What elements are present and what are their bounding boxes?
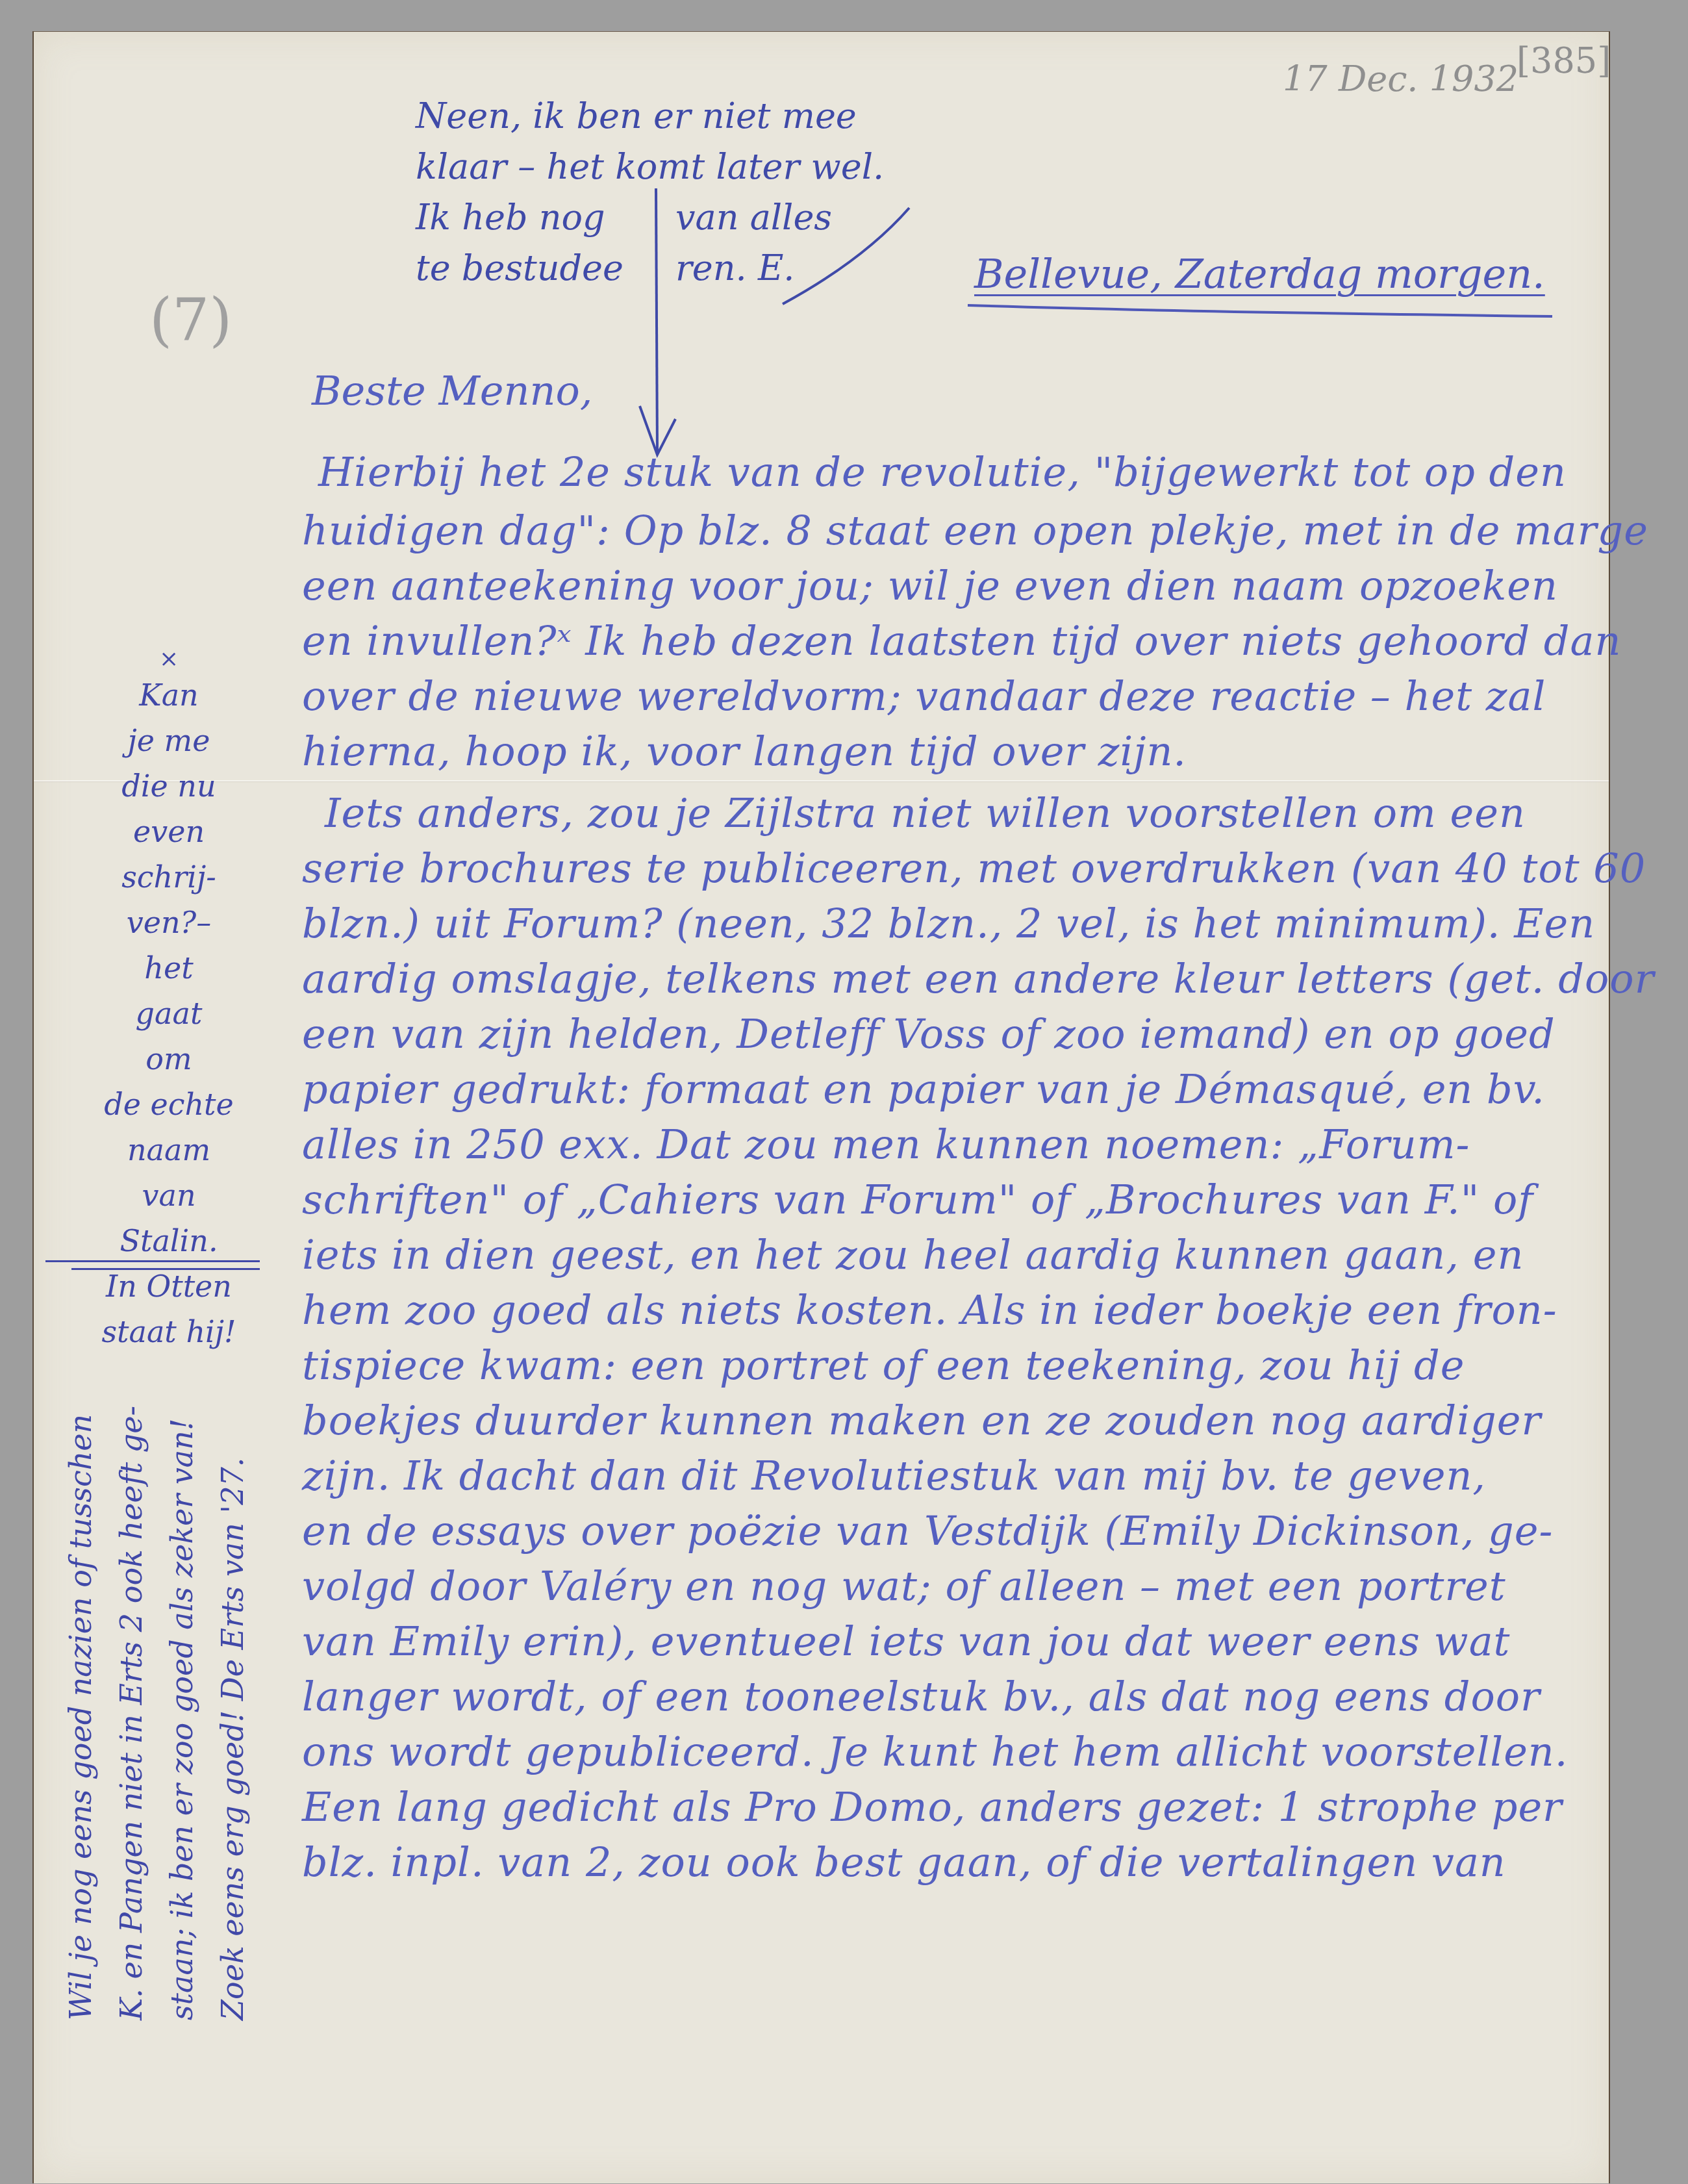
heading-underline bbox=[968, 305, 1552, 316]
arrow-down-icon bbox=[640, 188, 675, 455]
swoosh-line bbox=[783, 208, 909, 304]
annotation-marks bbox=[0, 0, 1688, 2184]
